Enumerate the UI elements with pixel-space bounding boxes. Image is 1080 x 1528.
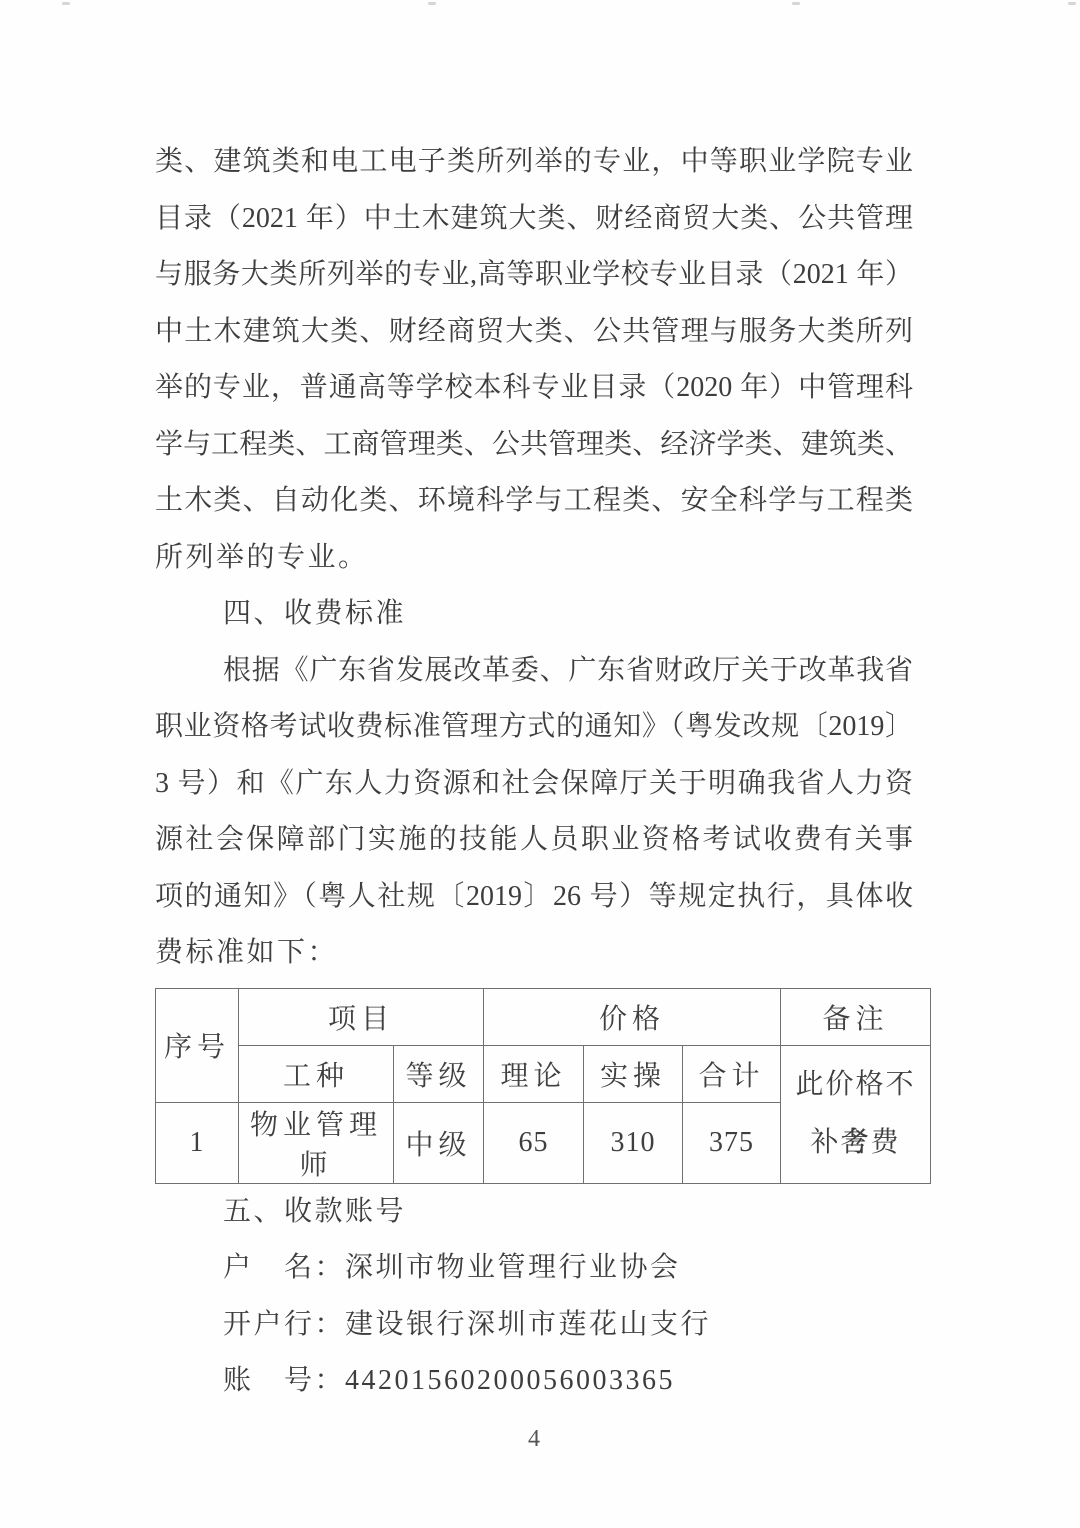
table-cell-serial: 1 [156, 1102, 239, 1183]
document-page: 类、建筑类和电工电子类所列举的专业，中等职业学院专业 目录（2021 年）中土木… [0, 0, 1080, 1528]
body-line: 类、建筑类和电工电子类所列举的专业，中等职业学院专业 [155, 134, 913, 191]
section-heading-fees: 四、收费标准 [155, 586, 913, 643]
section-heading-account: 五、收款账号 [155, 1184, 913, 1241]
table-cell-trade: 物业管理师 [239, 1102, 394, 1183]
table-header-trade: 工种 [239, 1045, 394, 1102]
table-cell-practical: 310 [584, 1102, 683, 1183]
body-line: 目录（2021 年）中土木建筑大类、财经商贸大类、公共管理 [155, 191, 913, 248]
table-header-item: 项目 [239, 988, 484, 1045]
body-line: 费标准如下： [155, 925, 913, 982]
table-header-serial: 序号 [156, 988, 239, 1102]
remark-note-line: 补考费 [781, 1114, 930, 1172]
page-number: 4 [155, 1424, 913, 1454]
table-header-price: 价格 [484, 988, 781, 1045]
account-number-line: 账 号：44201560200056003365 [155, 1353, 913, 1410]
body-line: 根据《广东省发展改革委、广东省财政厅关于改革我省 [155, 643, 913, 700]
table-cell-total: 375 [683, 1102, 781, 1183]
body-line: 学与工程类、工商管理类、公共管理类、经济学类、建筑类、 [155, 417, 913, 474]
body-line: 3 号）和《广东人力资源和社会保障厅关于明确我省人力资 [155, 756, 913, 813]
table-header-level: 等级 [394, 1045, 484, 1102]
body-line: 源社会保障部门实施的技能人员职业资格考试收费有关事 [155, 812, 913, 869]
table-cell-theory: 65 [484, 1102, 584, 1183]
body-line: 所列举的专业。 [155, 530, 913, 587]
table-header-remark: 备注 [781, 988, 931, 1045]
scan-speck [1068, 2, 1076, 5]
body-line: 职业资格考试收费标准管理方式的通知》（粤发改规〔2019〕 [155, 699, 913, 756]
account-name-line: 户 名：深圳市物业管理行业协会 [155, 1240, 913, 1297]
body-line: 项的通知》（粤人社规〔2019〕26 号）等规定执行，具体收 [155, 869, 913, 926]
document-body: 类、建筑类和电工电子类所列举的专业，中等职业学院专业 目录（2021 年）中土木… [155, 134, 913, 1454]
bank-branch-line: 开户行：建设银行深圳市莲花山支行 [155, 1297, 913, 1354]
body-line: 土木类、自动化类、环境科学与工程类、安全科学与工程类 [155, 473, 913, 530]
scan-speck [428, 2, 436, 5]
fee-table: 序号 项目 价格 备注 工种 等级 理论 实操 合计 此价格不含 补考费 1 物… [155, 988, 931, 1184]
remark-note-line: 此价格不含 [781, 1056, 930, 1114]
scan-speck [792, 2, 800, 5]
body-line: 中土木建筑大类、财经商贸大类、公共管理与服务大类所列 [155, 304, 913, 361]
table-cell-level: 中级 [394, 1102, 484, 1183]
body-line: 与服务大类所列举的专业,高等职业学校专业目录（2021 年） [155, 247, 913, 304]
table-header-total: 合计 [683, 1045, 781, 1102]
table-header-practical: 实操 [584, 1045, 683, 1102]
body-line: 举的专业，普通高等学校本科专业目录（2020 年）中管理科 [155, 360, 913, 417]
table-header-theory: 理论 [484, 1045, 584, 1102]
table-remark-note: 此价格不含 补考费 [781, 1045, 931, 1183]
scan-speck [62, 2, 70, 5]
